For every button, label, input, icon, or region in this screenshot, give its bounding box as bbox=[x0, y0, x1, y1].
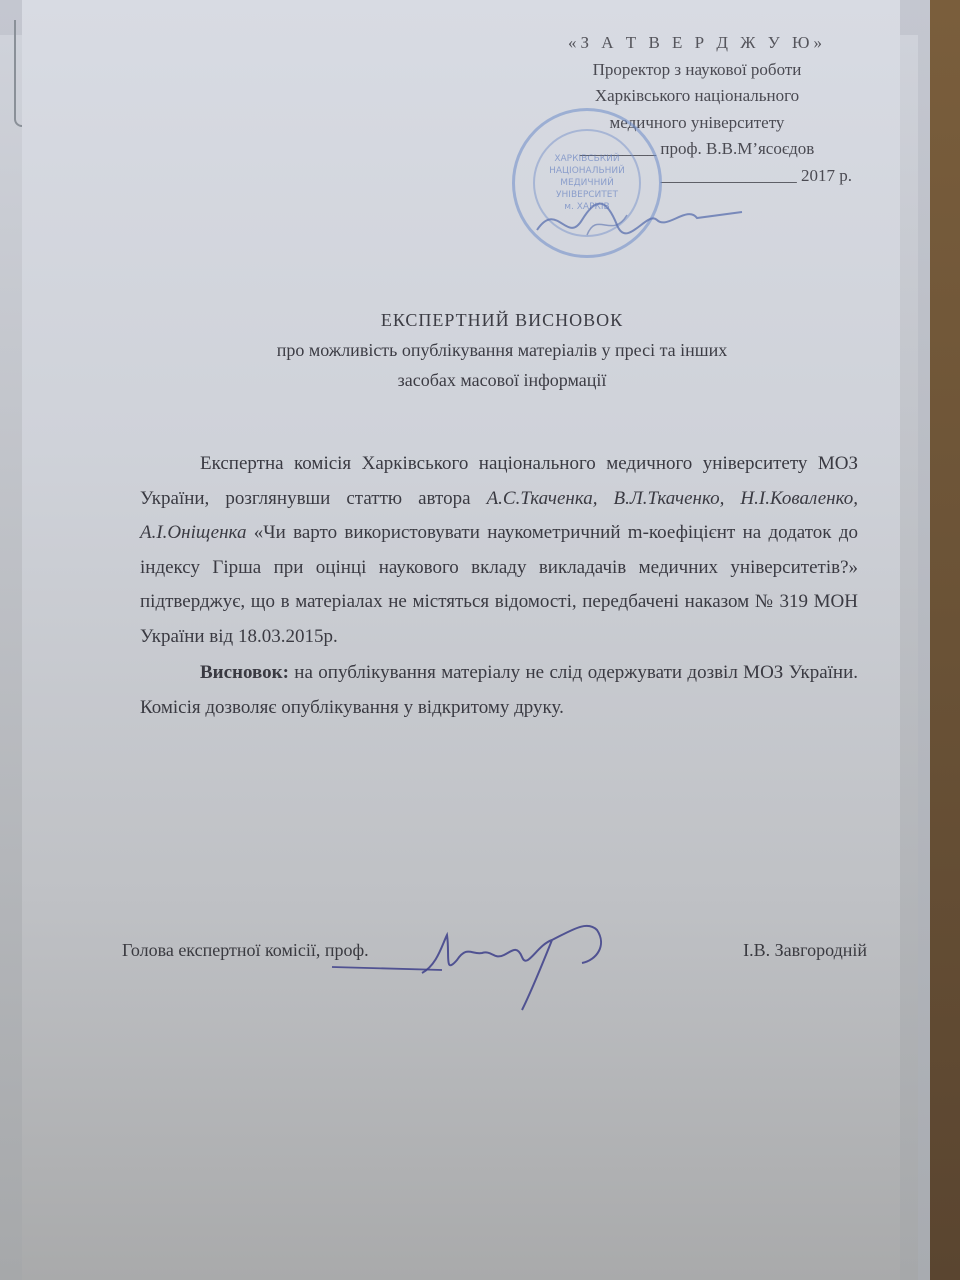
stamp-line: МЕДИЧНИЙ bbox=[560, 177, 614, 189]
approval-signature-icon bbox=[527, 190, 747, 250]
body-text-segment: «Чи варто використовувати наукометричний… bbox=[140, 522, 858, 647]
document-body: Експертна комісія Харківського національ… bbox=[140, 447, 858, 725]
approval-position-line-2: Харківського національного bbox=[532, 83, 862, 110]
document-title: ЕКСПЕРТНИЙ ВИСНОВОК bbox=[142, 305, 862, 335]
document-subtitle-line-2: засобах масової інформації bbox=[142, 365, 862, 395]
document-page: «З А Т В Е Р Д Ж У Ю» Проректор з науков… bbox=[22, 0, 900, 1280]
approval-position-line-1: Проректор з наукової роботи bbox=[532, 57, 862, 84]
signer-name: І.В. Завгородній bbox=[743, 940, 867, 961]
conclusion-paragraph: Висновок: на опублікування матеріалу не … bbox=[140, 656, 858, 725]
document-title-block: ЕКСПЕРТНИЙ ВИСНОВОК про можливість опубл… bbox=[142, 305, 862, 395]
stamp-line: НАЦІОНАЛЬНИЙ bbox=[549, 165, 625, 177]
document-subtitle-line-1: про можливість опублікування матеріалів … bbox=[142, 335, 862, 365]
body-paragraph: Експертна комісія Харківського національ… bbox=[140, 447, 858, 654]
chair-signature-icon bbox=[322, 915, 702, 1015]
approval-title: «З А Т В Е Р Д Ж У Ю» bbox=[532, 30, 862, 57]
conclusion-label: Висновок: bbox=[200, 662, 289, 683]
stamp-line: ХАРКІВСЬКИЙ bbox=[554, 153, 619, 165]
